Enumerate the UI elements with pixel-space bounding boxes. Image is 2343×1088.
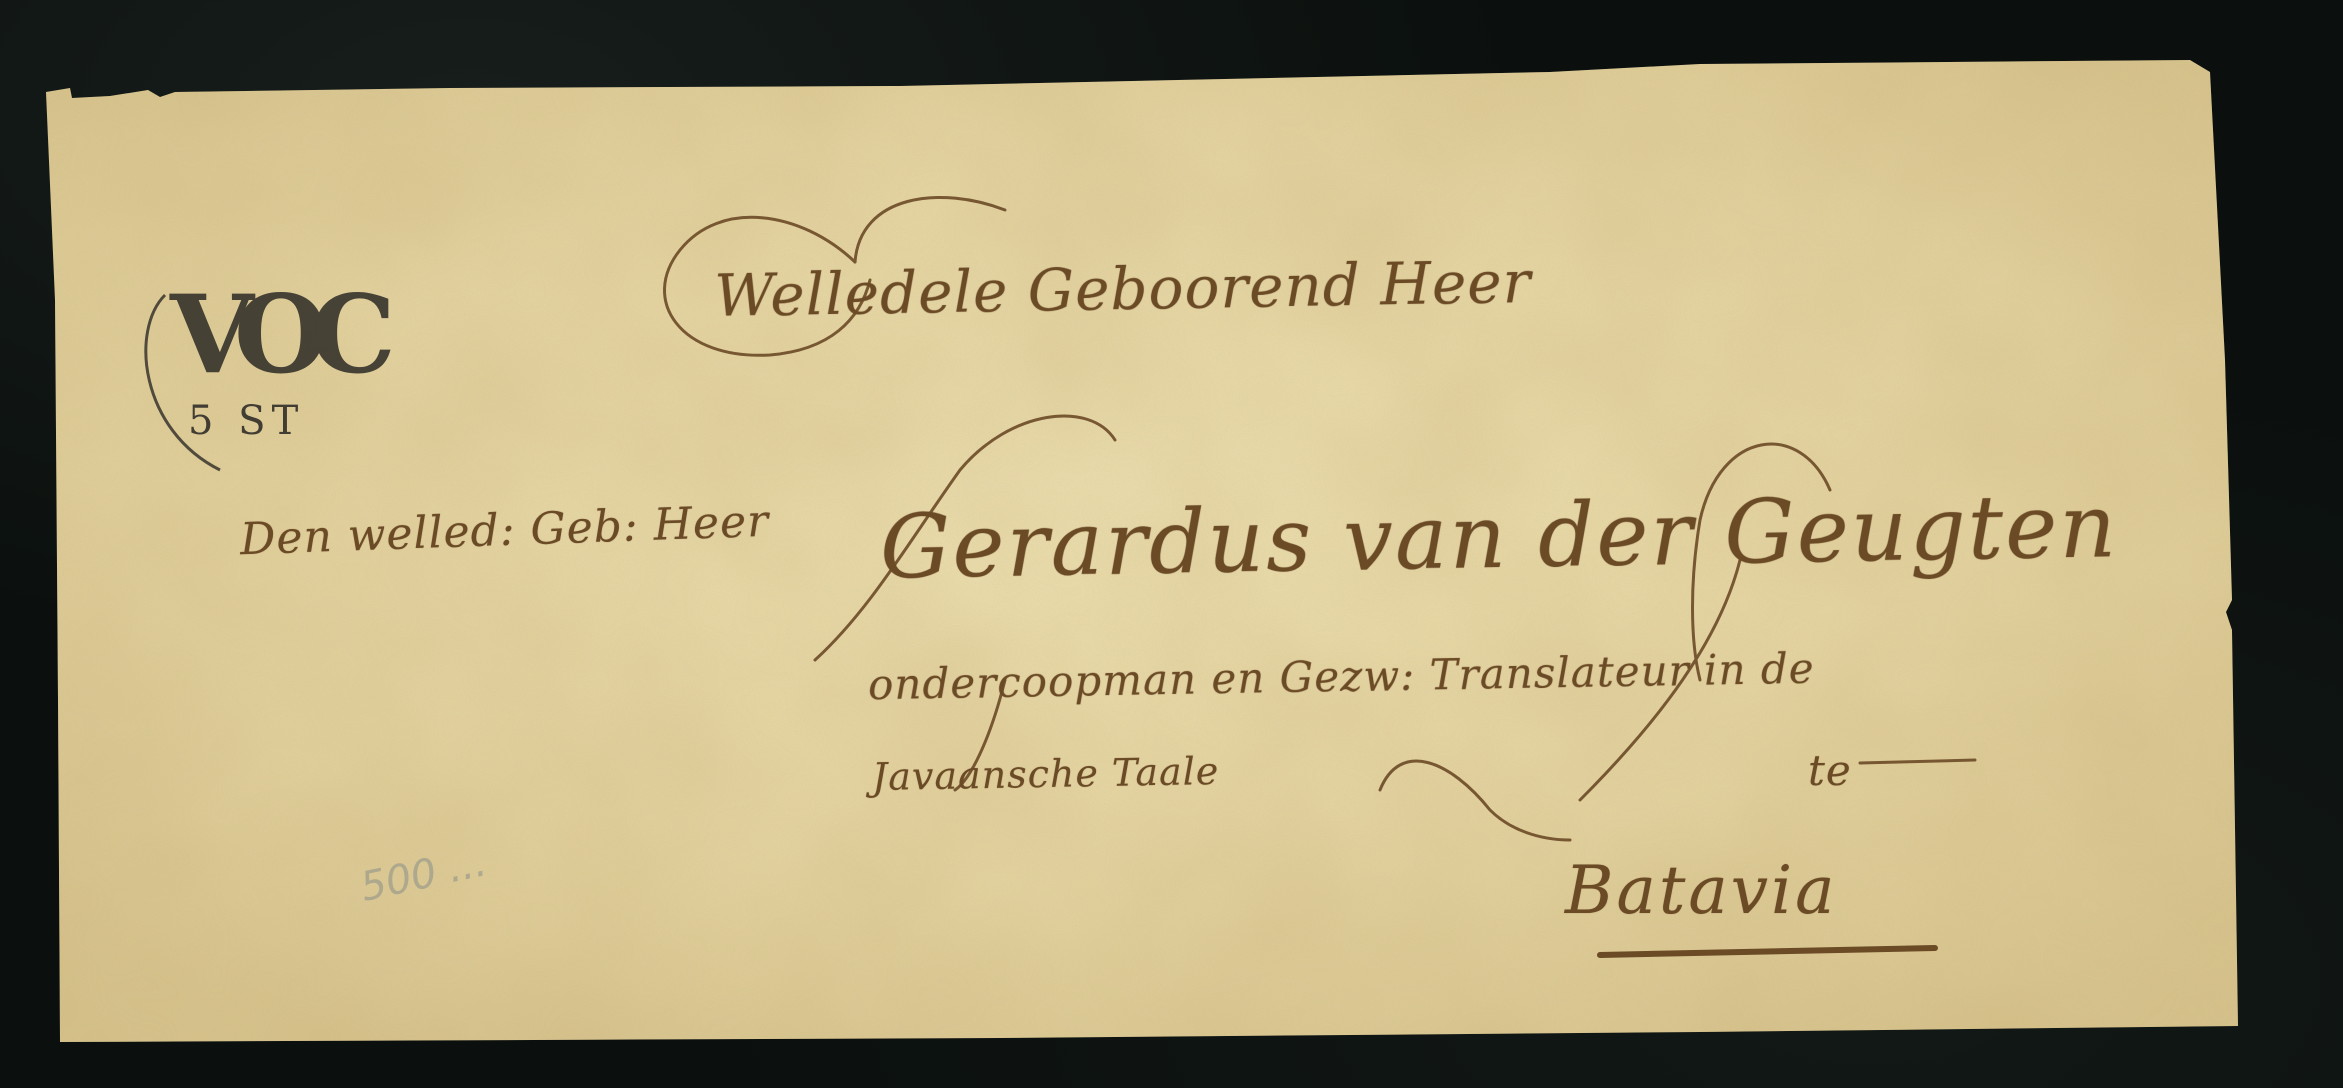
voc-monogram: VOC — [170, 272, 378, 398]
recipient-name: Gerardus van der Geugten — [879, 474, 2118, 599]
destination-city: Batavia — [1565, 852, 1837, 929]
postage-rate: 5 ST — [188, 398, 304, 444]
destination-preposition: te — [1808, 746, 1852, 795]
salutation-line: Welledele Geboorend Heer — [714, 248, 1532, 330]
voc-postal-stamp: VOC 5 ST — [140, 280, 380, 480]
recipient-title-line-2: Javaansche Taale — [872, 749, 1220, 799]
